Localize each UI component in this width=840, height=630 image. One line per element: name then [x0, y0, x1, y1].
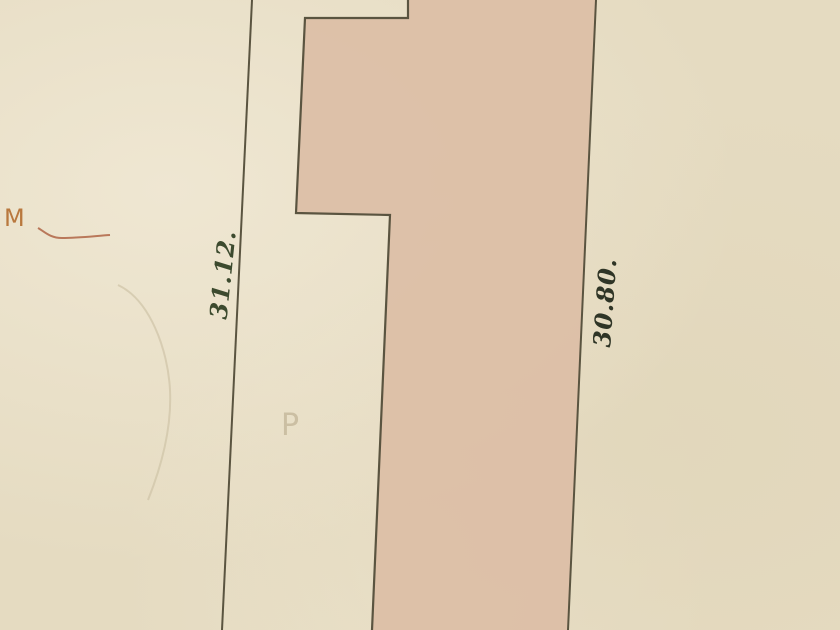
plan-drawing: [0, 0, 840, 630]
building-footprint: [296, 0, 596, 630]
pencil-p-mark: P: [281, 408, 299, 443]
plan-sheet: 31.12. 30.80. M P: [0, 0, 840, 630]
marker-m-label: M: [4, 204, 25, 232]
marker-squiggle: [38, 228, 110, 238]
paper-stain: [118, 285, 170, 500]
